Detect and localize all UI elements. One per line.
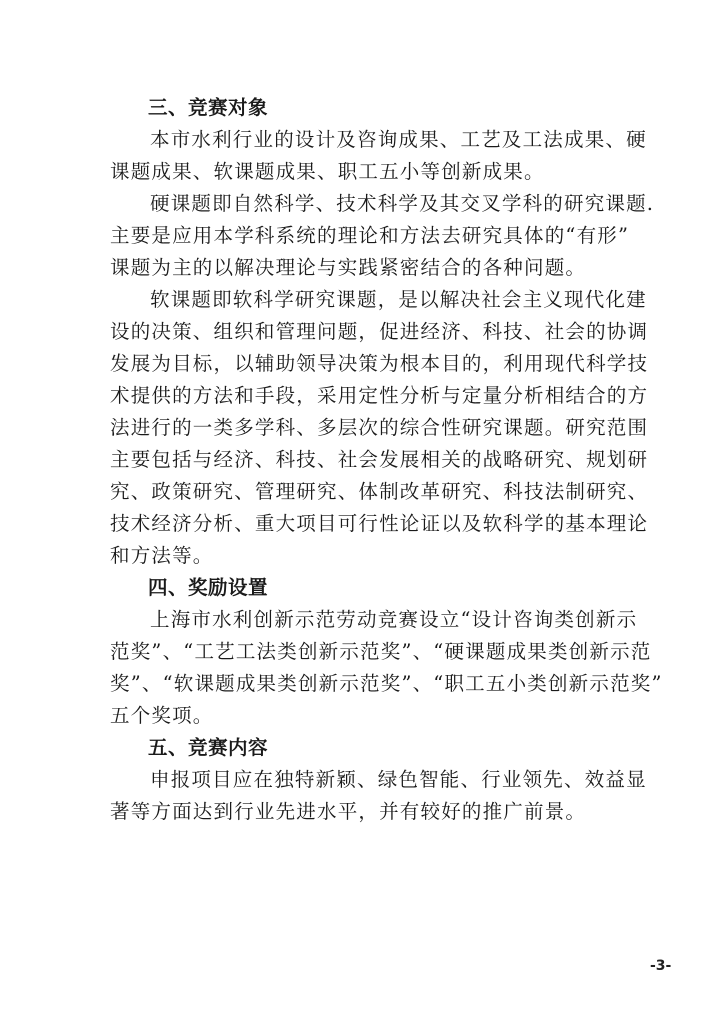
- document-page: 三、竞赛对象 本市水利行业的设计及咨询成果、工艺及工法成果、硬 课题成果、软课题…: [110, 92, 615, 828]
- paragraph-line: 申报项目应在独特新颖、绿色智能、行业领先、效益显: [110, 764, 615, 796]
- paragraph-line: 范奖”、“工艺工法类创新示范奖”、“硬课题成果类创新示范: [110, 636, 615, 668]
- paragraph-line: 主要是应用本学科系统的理论和方法去研究具体的“有形”: [110, 220, 615, 252]
- paragraph-line: 本市水利行业的设计及咨询成果、工艺及工法成果、硬: [110, 124, 615, 156]
- paragraph-line: 著等方面达到行业先进水平，并有较好的推广前景。: [110, 796, 615, 828]
- paragraph-line: 软课题即软科学研究课题，是以解决社会主义现代化建: [110, 284, 615, 316]
- paragraph-line: 课题成果、软课题成果、职工五小等创新成果。: [110, 156, 615, 188]
- page-number: -3-: [650, 958, 671, 974]
- paragraph-line: 五个奖项。: [110, 700, 615, 732]
- paragraph-line: 术提供的方法和手段，采用定性分析与定量分析相结合的方: [110, 380, 615, 412]
- paragraph-line: 究、政策研究、管理研究、体制改革研究、科技法制研究、: [110, 476, 615, 508]
- section-heading-3: 三、竞赛对象: [110, 92, 615, 124]
- paragraph-line: 技术经济分析、重大项目可行性论证以及软科学的基本理论: [110, 508, 615, 540]
- paragraph-line: 发展为目标，以辅助领导决策为根本目的，利用现代科学技: [110, 348, 615, 380]
- section-heading-4: 四、奖励设置: [110, 572, 615, 604]
- paragraph-line: 设的决策、组织和管理问题，促进经济、科技、社会的协调: [110, 316, 615, 348]
- paragraph-line: 和方法等。: [110, 540, 615, 572]
- paragraph-line: 课题为主的以解决理论与实践紧密结合的各种问题。: [110, 252, 615, 284]
- paragraph-line: 上海市水利创新示范劳动竞赛设立“设计咨询类创新示: [110, 604, 615, 636]
- paragraph-line: 奖”、“软课题成果类创新示范奖”、“职工五小类创新示范奖”: [110, 668, 615, 700]
- paragraph-line: 法进行的一类多学科、多层次的综合性研究课题。研究范围: [110, 412, 615, 444]
- section-heading-5: 五、竞赛内容: [110, 732, 615, 764]
- paragraph-line: 主要包括与经济、科技、社会发展相关的战略研究、规划研: [110, 444, 615, 476]
- paragraph-line: 硬课题即自然科学、技术科学及其交叉学科的研究课题.: [110, 188, 615, 220]
